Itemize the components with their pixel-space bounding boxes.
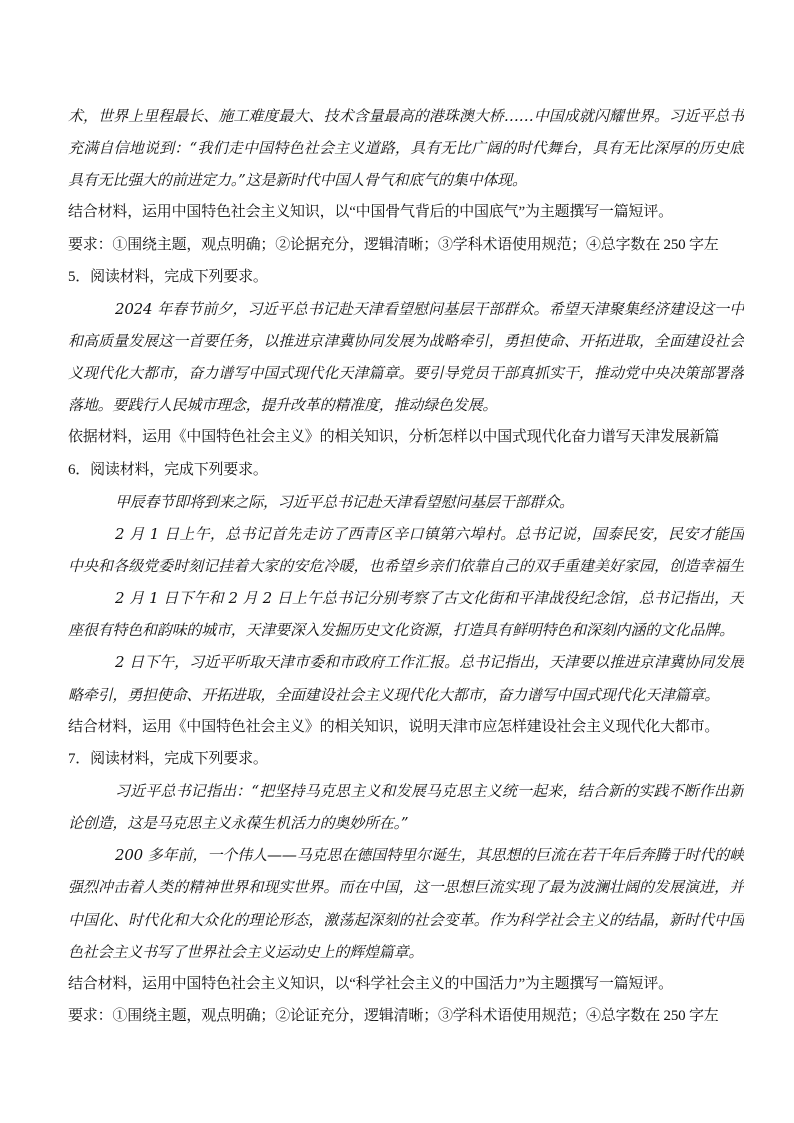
text-line: 200 多年前，一个伟人——马克思在德国特里尔诞生，其思想的巨流在若干年后奔腾于…: [68, 839, 744, 871]
text-line: 习近平总书记指出：“把坚持马克思主义和发展马克思主义统一起来，结合新的实践不断作…: [68, 775, 744, 807]
text-line: 论创造，这是马克思主义永葆生机活力的奥妙所在。”: [68, 807, 744, 839]
text-line: 结合材料，运用中国特色社会主义知识，以“中国骨气背后的中国底气”为主题撰写一篇短…: [68, 196, 744, 228]
text-line: 强烈冲击着人类的精神世界和现实世界。而在中国，这一思想巨流实现了最为波澜壮阔的发…: [68, 871, 744, 903]
text-line: 结合材料，运用《中国特色社会主义》的相关知识，说明天津市应怎样建设社会主义现代化…: [68, 711, 744, 743]
page-text-body: 术，世界上里程最长、施工难度最大、技术含量最高的港珠澳大桥……中国成就闪耀世界。…: [68, 100, 744, 1032]
text-line: 7．阅读材料，完成下列要求。: [68, 743, 744, 775]
text-line: 中国化、时代化和大众化的理论形态，激荡起深刻的社会变革。作为科学社会主义的结晶，…: [68, 904, 744, 936]
text-line: 2 月 1 日上午，总书记首先走访了西青区辛口镇第六埠村。总书记说，国泰民安，民…: [68, 518, 744, 550]
text-line: 6．阅读材料，完成下列要求。: [68, 454, 744, 486]
text-line: 充满自信地说到：“我们走中国特色社会主义道路，具有无比广阔的时代舞台，具有无比深…: [68, 132, 744, 164]
text-line: 色社会主义书写了世界社会主义运动史上的辉煌篇章。: [68, 936, 744, 968]
text-line: 义现代化大都市，奋力谱写中国式现代化天津篇章。要引导党员干部真抓实干，推动党中央…: [68, 357, 744, 389]
text-line: 2024 年春节前夕，习近平总书记赴天津看望慰问基层干部群众。希望天津聚集经济建…: [68, 293, 744, 325]
text-line: 结合材料，运用中国特色社会主义知识，以“科学社会主义的中国活力”为主题撰写一篇短…: [68, 968, 744, 1000]
text-line: 和高质量发展这一首要任务，以推进京津冀协同发展为战略牵引，勇担使命、开拓进取，全…: [68, 325, 744, 357]
text-line: 2 日下午，习近平听取天津市委和市政府工作汇报。总书记指出，天津要以推进京津冀协…: [68, 646, 744, 678]
text-line: 甲辰春节即将到来之际，习近平总书记赴天津看望慰问基层干部群众。: [68, 486, 744, 518]
text-line: 中央和各级党委时刻记挂着大家的安危冷暖，也希望乡亲们依靠自己的双手重建美好家园，…: [68, 550, 744, 582]
text-line: 依据材料，运用《中国特色社会主义》的相关知识，分析怎样以中国式现代化奋力谱写天津…: [68, 421, 744, 453]
document-page: 术，世界上里程最长、施工难度最大、技术含量最高的港珠澳大桥……中国成就闪耀世界。…: [0, 0, 794, 1123]
text-line: 座很有特色和韵味的城市，天津要深入发掘历史文化资源，打造具有鲜明特色和深刻内涵的…: [68, 614, 744, 646]
text-line: 具有无比强大的前进定力。”这是新时代中国人骨气和底气的集中体现。: [68, 164, 744, 196]
text-line: 术，世界上里程最长、施工难度最大、技术含量最高的港珠澳大桥……中国成就闪耀世界。…: [68, 100, 744, 132]
text-line: 落地。要践行人民城市理念，提升改革的精准度，推动绿色发展。: [68, 389, 744, 421]
text-line: 5．阅读材料，完成下列要求。: [68, 261, 744, 293]
text-line: 略牵引，勇担使命、开拓进取，全面建设社会主义现代化大都市，奋力谱写中国式现代化天…: [68, 679, 744, 711]
text-line: 2 月 1 日下午和 2 月 2 日上午总书记分别考察了古文化街和平津战役纪念馆…: [68, 582, 744, 614]
text-line: 要求：①围绕主题，观点明确；②论证充分，逻辑清晰；③学科术语使用规范；④总字数在…: [68, 1000, 744, 1032]
text-line: 要求：①围绕主题，观点明确；②论据充分，逻辑清晰；③学科术语使用规范；④总字数在…: [68, 229, 744, 261]
